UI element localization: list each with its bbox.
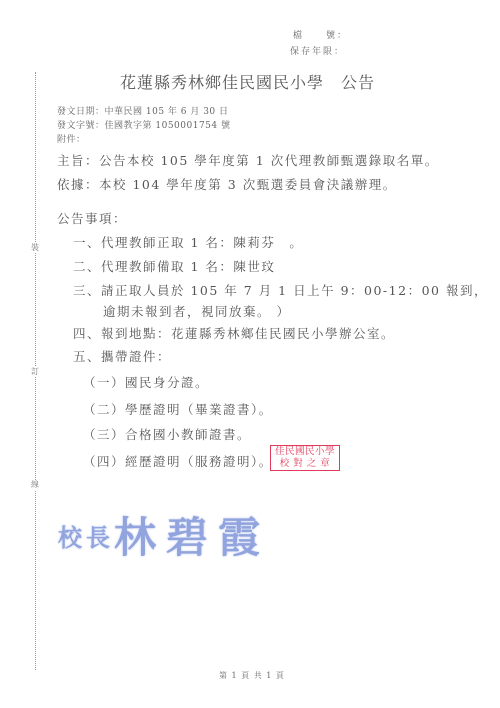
principal-signature-seal: 校長林碧霞 — [58, 505, 270, 565]
archive-number-label: 檔 號： — [293, 28, 348, 41]
signature-name: 林碧霞 — [114, 513, 270, 562]
notice-item-5: 五、攜帶證件： — [73, 347, 171, 365]
proofreading-seal: 佳民國民小學 校 對 之 章 — [270, 445, 340, 471]
binding-label-bind: 裝 — [31, 243, 39, 253]
notice-item-3: 三、請正取人員於 105 年 7 月 1 日上午 9：00-12：00 報到， — [73, 281, 488, 299]
binding-label-line: 線 — [31, 480, 39, 490]
seal-line-2: 校 對 之 章 — [271, 458, 339, 470]
notice-item-3-continued: 逾期未報到者，視同放棄。 ） — [103, 302, 290, 320]
document-item-1: （一）國民身分證。 — [83, 373, 209, 391]
notice-heading: 公告事項： — [57, 209, 127, 227]
subject-line: 主旨：公告本校 105 學年度第 1 次代理教師甄選錄取名單。 — [57, 151, 439, 169]
attachment-label: 附件： — [57, 132, 86, 145]
notice-item-1: 一、代理教師正取 1 名：陳莉芬 。 — [73, 233, 303, 251]
signature-title: 校長 — [58, 523, 114, 552]
notice-item-4: 四、報到地點：花蓮縣秀林鄉佳民國民小學辦公室。 — [73, 324, 395, 342]
basis-line: 依據：本校 104 學年度第 3 次甄選委員會決議辦理。 — [57, 175, 397, 193]
document-item-2: （二）學歷證明（畢業證書）。 — [83, 400, 273, 418]
binding-label-staple: 訂 — [31, 367, 39, 377]
issue-date: 發文日期：中華民國 105 年 6 月 30 日 — [57, 104, 229, 117]
page-title: 花蓮縣秀林鄉佳民國民小學 公告 — [120, 70, 375, 93]
document-item-4: （四）經歷證明（服務證明）。 — [83, 452, 273, 470]
document-item-3: （三）合格國小教師證書。 — [83, 425, 251, 443]
retention-period-label: 保存年限： — [290, 44, 345, 57]
page-number-footer: 第 1 頁 共 1 頁 — [219, 670, 285, 681]
notice-item-2: 二、代理教師備取 1 名：陳世玟 — [73, 257, 275, 275]
document-number: 發文字號：佳國教字第 1050001754 號 — [57, 118, 230, 131]
seal-line-1: 佳民國民小學 — [271, 446, 339, 458]
